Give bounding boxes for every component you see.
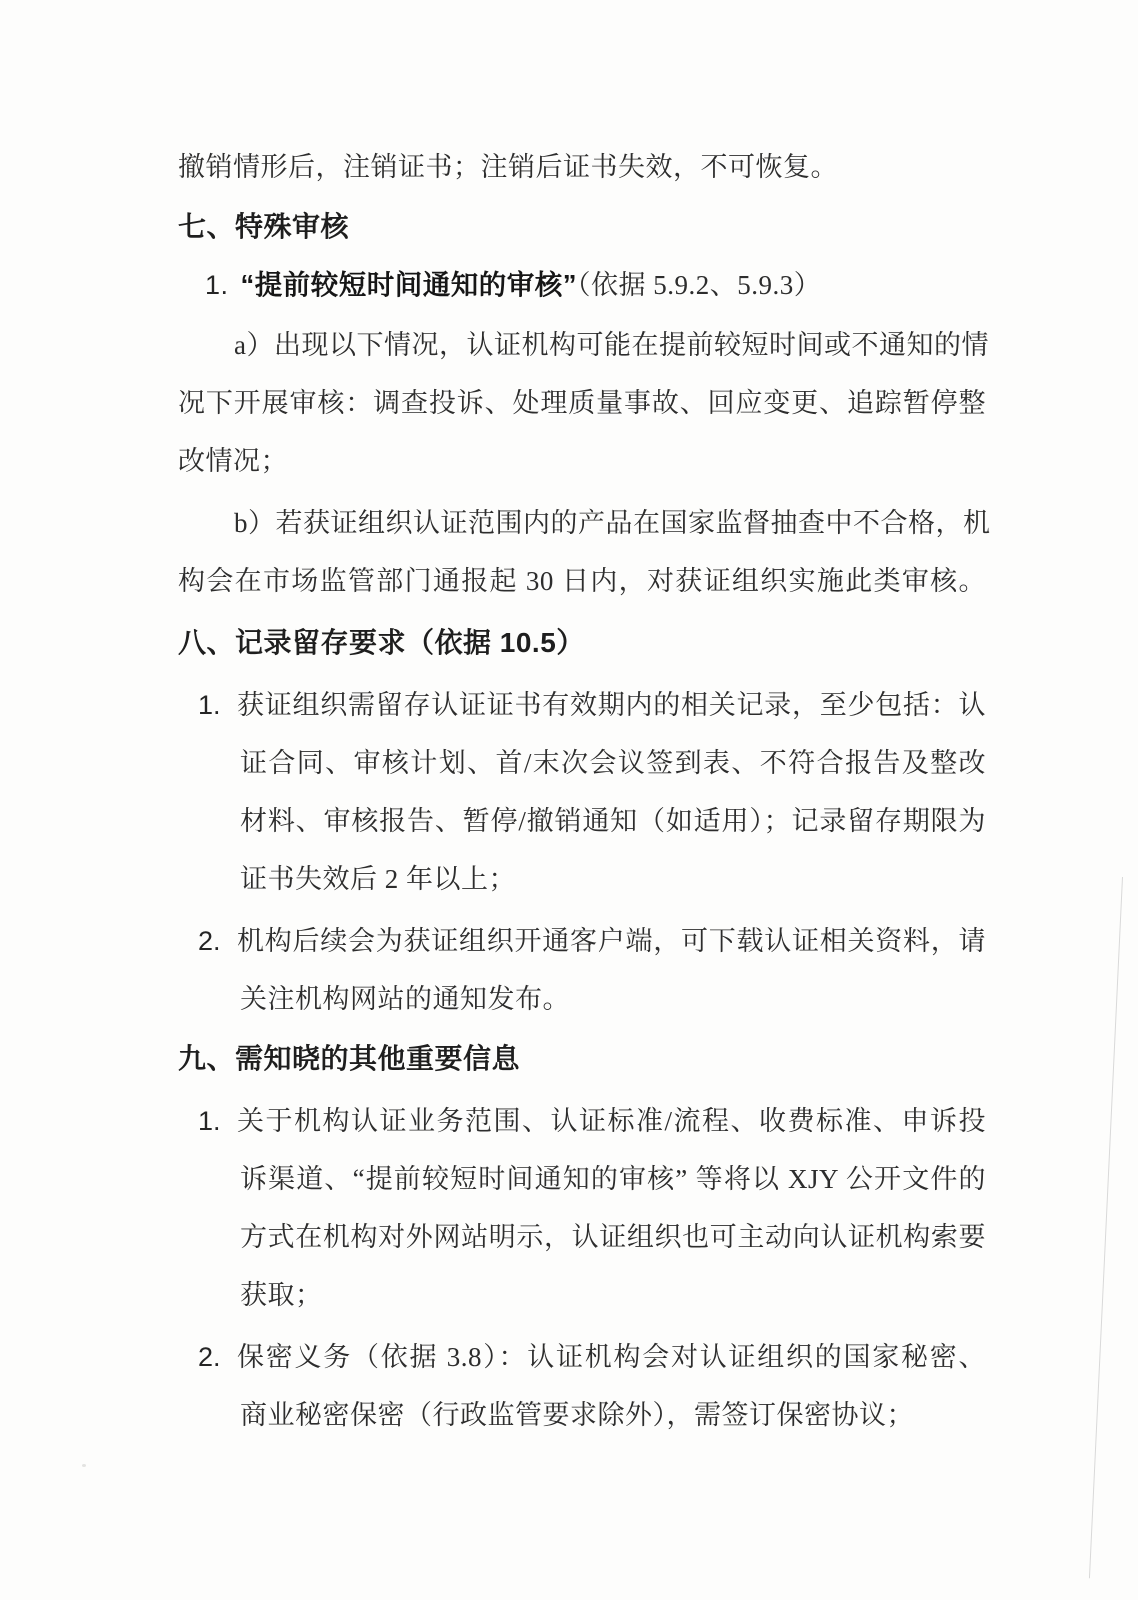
- page-content: 撤销情形后，注销证书；注销后证书失效，不可恢复。 七、特殊审核 1.“提前较短时…: [178, 138, 986, 1444]
- list-item-line: 方式在机构对外网站明示，认证组织也可主动向认证机构索要: [178, 1208, 986, 1266]
- document-page: 撤销情形后，注销证书；注销后证书失效，不可恢复。 七、特殊审核 1.“提前较短时…: [0, 0, 1138, 1600]
- list-item-line: 证书失效后 2 年以上；: [178, 850, 986, 908]
- subitem-number: 1.: [205, 270, 229, 300]
- list-item-line: 商业秘密保密（行政监管要求除外），需签订保密协议；: [178, 1386, 986, 1444]
- intro-paragraph-line: 撤销情形后，注销证书；注销后证书失效，不可恢复。: [178, 138, 986, 196]
- para-a-line-2: 况下开展审核：调查投诉、处理质量事故、回应变更、追踪暂停整: [178, 374, 986, 432]
- section-9-heading: 九、需知晓的其他重要信息: [178, 1030, 986, 1088]
- list-item-text: 保密义务（依据 3.8）：认证机构会对认证组织的国家秘密、: [237, 1342, 986, 1372]
- para-b-line-1: b）若获证组织认证范围内的产品在国家监督抽查中不合格，机: [178, 494, 986, 552]
- list-item-line: 获取；: [178, 1266, 986, 1324]
- list-item-number: 1.: [198, 1092, 221, 1150]
- section-7-subitem-1: 1.“提前较短时间通知的审核”（依据 5.9.2、5.9.3）: [178, 256, 986, 314]
- section-8-heading: 八、记录留存要求（依据 10.5）: [178, 614, 986, 672]
- list-item-number: 1.: [198, 676, 221, 734]
- list-item-text: 获证组织需留存认证证书有效期内的相关记录，至少包括：认: [237, 690, 986, 720]
- list-item: 1.关于机构认证业务范围、认证标准/流程、收费标准、申诉投: [178, 1092, 986, 1150]
- list-item-text: 关于机构认证业务范围、认证标准/流程、收费标准、申诉投: [237, 1106, 986, 1136]
- subitem-reference: （依据 5.9.2、5.9.3）: [577, 270, 821, 300]
- list-item-line: 证合同、审核计划、首/末次会议签到表、不符合报告及整改: [178, 734, 986, 792]
- scan-artifact-speck: [82, 1464, 86, 1467]
- list-item: 2.保密义务（依据 3.8）：认证机构会对认证组织的国家秘密、: [178, 1328, 986, 1386]
- section-7-heading: 七、特殊审核: [178, 198, 986, 256]
- para-b-line-2: 构会在市场监管部门通报起 30 日内，对获证组织实施此类审核。: [178, 552, 986, 610]
- list-item-line: 关注机构网站的通知发布。: [178, 970, 986, 1028]
- subitem-bold-title: “提前较短时间通知的审核”: [241, 269, 578, 300]
- list-item-number: 2.: [198, 912, 221, 970]
- scan-artifact-line: [1089, 877, 1123, 1578]
- list-item: 1.获证组织需留存认证证书有效期内的相关记录，至少包括：认: [178, 676, 986, 734]
- list-item-line: 材料、审核报告、暂停/撤销通知（如适用）；记录留存期限为: [178, 792, 986, 850]
- list-item-number: 2.: [198, 1328, 221, 1386]
- para-a-line-3: 改情况；: [178, 432, 986, 490]
- list-item: 2.机构后续会为获证组织开通客户端，可下载认证相关资料，请: [178, 912, 986, 970]
- para-a-line-1: a）出现以下情况，认证机构可能在提前较短时间或不通知的情: [178, 316, 986, 374]
- list-item-text: 机构后续会为获证组织开通客户端，可下载认证相关资料，请: [237, 926, 986, 956]
- list-item-line: 诉渠道、“提前较短时间通知的审核” 等将以 XJY 公开文件的: [178, 1150, 986, 1208]
